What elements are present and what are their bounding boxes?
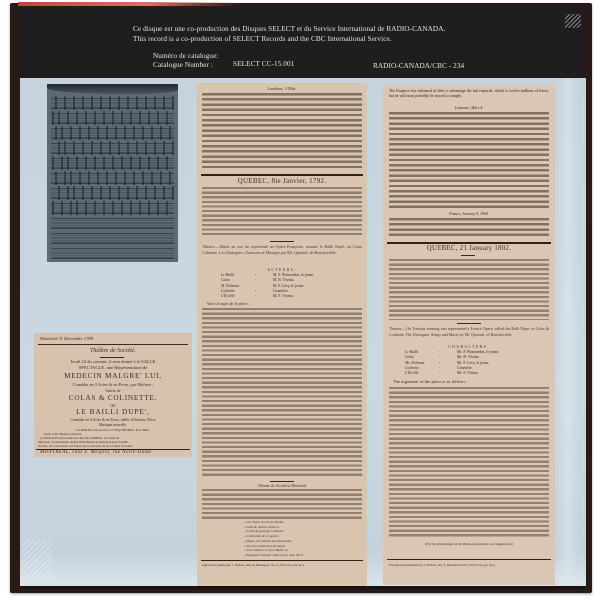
footnote-en: (For the proceedings of the House of Ass… bbox=[383, 542, 555, 546]
score-torn-edge bbox=[47, 84, 178, 94]
quebec-heading-en: QUEBEC, 21 January 1802. bbox=[383, 245, 555, 252]
cast-heading-fr: ACTEURS. bbox=[197, 268, 367, 272]
divider bbox=[201, 174, 363, 176]
theatre-paragraph-en: Theatre.—On Tuesday evening was represen… bbox=[389, 326, 549, 344]
theatre-paragraph-fr: Théatre.—Mardi au soir fut représenté un… bbox=[202, 244, 362, 266]
music-staff bbox=[51, 248, 174, 259]
divider bbox=[100, 357, 124, 358]
plot-text-en bbox=[389, 387, 549, 537]
lead-paragraph-en: The Emperor has informed of debt to adva… bbox=[389, 89, 549, 105]
article-text-quebec bbox=[202, 187, 362, 236]
newspaper-clipping-french: Londres, 3 Mai. QUEBEC, 8ie Janvier, 179… bbox=[197, 83, 367, 587]
plot-lead-en: The argument of the piece is as follows … bbox=[393, 379, 468, 384]
music-staff bbox=[51, 143, 174, 154]
divider bbox=[201, 560, 363, 561]
playbill-title: Théâtre de Société. bbox=[34, 348, 192, 354]
playbill-play2: COLAS & COLINETTE, bbox=[34, 394, 192, 402]
shrinkwrap-glare bbox=[22, 540, 52, 580]
playbill-imprint: MONTREAL, chez F. Mesplet, rue Notre-Dam… bbox=[40, 450, 153, 455]
article-text-france bbox=[389, 218, 549, 238]
music-notes bbox=[51, 126, 174, 140]
playbill-play2-desc2: Musique nouvelle. bbox=[34, 423, 192, 427]
cast-list-fr: Le Bailli-M. F. Plamondon, le jeune.Cola… bbox=[221, 273, 314, 299]
verse: « On l'avait vue de la villette,« Joué d… bbox=[244, 520, 303, 558]
cast-row: L'Éveillé-M. F. Vézina. bbox=[221, 294, 314, 299]
panel-shine bbox=[556, 78, 580, 586]
newspaper-clipping-english: The Emperor has informed of debt to adva… bbox=[383, 85, 555, 585]
music-staff bbox=[51, 218, 174, 229]
divider bbox=[457, 323, 481, 324]
cast-dash: - bbox=[439, 371, 457, 376]
music-staff bbox=[51, 98, 174, 109]
playbill-intro-2: SPECTACLE, une Représentation de bbox=[34, 365, 192, 370]
cast-role: L'Éveillé bbox=[221, 294, 255, 299]
shrinkwrap-glare bbox=[565, 14, 581, 28]
imprint-en: Printed and published by J. Neilson, No.… bbox=[389, 563, 495, 567]
playbill-play1-desc: Comédie en 3 Actes & en Prose, par Molie… bbox=[34, 382, 192, 387]
catalogue-label-en: Catalogue Number : bbox=[153, 61, 213, 69]
imprint-fr: Imprimé et publié par J. Neilson, Rue la… bbox=[202, 563, 304, 567]
cast-role: L'Éveillé bbox=[405, 371, 439, 376]
music-staff bbox=[51, 188, 174, 199]
music-notes bbox=[51, 156, 174, 170]
sleeve-bottom-edge bbox=[20, 586, 586, 589]
music-staff bbox=[51, 158, 174, 169]
music-notes bbox=[51, 111, 174, 125]
playbill-play1: MEDECIN MALGRE' LUI, bbox=[34, 372, 192, 380]
article-text-montreal bbox=[202, 489, 362, 519]
dateline-londres: Londres, 3 Mai. bbox=[197, 86, 367, 91]
article-text-quebec-en bbox=[389, 259, 549, 320]
plot-text-fr bbox=[202, 308, 362, 478]
music-notes bbox=[51, 141, 174, 155]
coproduction-text-en: This record is a co-production of SELECT… bbox=[133, 35, 392, 43]
music-staff bbox=[51, 203, 174, 214]
playbill-intro: Jeudi 24 du courant, il sera donné à la … bbox=[34, 359, 192, 364]
quebec-heading-fr: QUEBEC, 8ie Janvier, 1792. bbox=[197, 177, 367, 185]
sheet-music-image bbox=[47, 84, 178, 262]
divider bbox=[270, 241, 294, 242]
music-staff bbox=[51, 113, 174, 124]
playbill-play2-desc: Comédie en 3 Actes & en Prose, mêlée d'A… bbox=[34, 418, 192, 422]
catalogue-number-cbc: RADIO-CANADA/CBC - 234 bbox=[373, 62, 464, 70]
cast-actor: Mr. F. Vézina. bbox=[457, 371, 479, 376]
catalogue-number-select: SELECT CC-15.001 bbox=[233, 60, 294, 68]
cast-heading-en: CHARACTERS. bbox=[383, 345, 555, 349]
article-text-londres bbox=[202, 93, 362, 171]
cast-actor: M. F. Vézina. bbox=[273, 294, 294, 299]
divider bbox=[38, 344, 188, 345]
sleeve-edge bbox=[18, 2, 238, 6]
divider bbox=[270, 481, 294, 482]
cast-row: L'Éveillé-Mr. F. Vézina. bbox=[405, 371, 499, 376]
divider bbox=[387, 242, 551, 244]
music-notes bbox=[51, 201, 174, 215]
playbill-dateline: Montréal 31 Décembre 1789. bbox=[40, 336, 94, 341]
music-notes bbox=[51, 171, 174, 185]
coproduction-text-fr: Ce disque est une co-production des Disq… bbox=[133, 25, 445, 33]
music-staff bbox=[51, 128, 174, 139]
music-staff bbox=[51, 233, 174, 244]
article-text-lisbon bbox=[389, 112, 549, 210]
plot-lead-fr: Voici le sujet de la pièce : bbox=[207, 301, 250, 306]
dateline-lisbonne: Lisbonne, Mars 4. bbox=[383, 106, 555, 110]
playbill-play2b: LE BAILLI DUPE', bbox=[34, 408, 192, 416]
header-band: Ce disque est une co-production des Disq… bbox=[20, 8, 586, 78]
playbill-suivie: Suivie de bbox=[34, 388, 192, 393]
music-notes bbox=[51, 96, 174, 110]
subheading-montreal: Théatre de Société à Montréal bbox=[197, 483, 367, 488]
divider bbox=[387, 559, 551, 560]
catalogue-label-fr: Numéro de catalogue: bbox=[153, 52, 218, 60]
cast-dash: - bbox=[255, 294, 273, 299]
dateline-france: France, January 8, 1804. bbox=[383, 212, 555, 216]
cast-list-en: Le Bailli-Mr. F. Plamondon, le jeune.Col… bbox=[405, 350, 499, 376]
divider bbox=[461, 255, 475, 256]
music-notes bbox=[51, 186, 174, 200]
verse-line: « Égagnons l'amour vaincre par voix, dit… bbox=[244, 553, 303, 558]
playbill-tickets-3: du Soir, où l'on trouvera les Places qu'… bbox=[38, 444, 133, 448]
playbill-clipping: Montréal 31 Décembre 1789. Théâtre de So… bbox=[34, 333, 192, 457]
music-staff bbox=[51, 173, 174, 184]
